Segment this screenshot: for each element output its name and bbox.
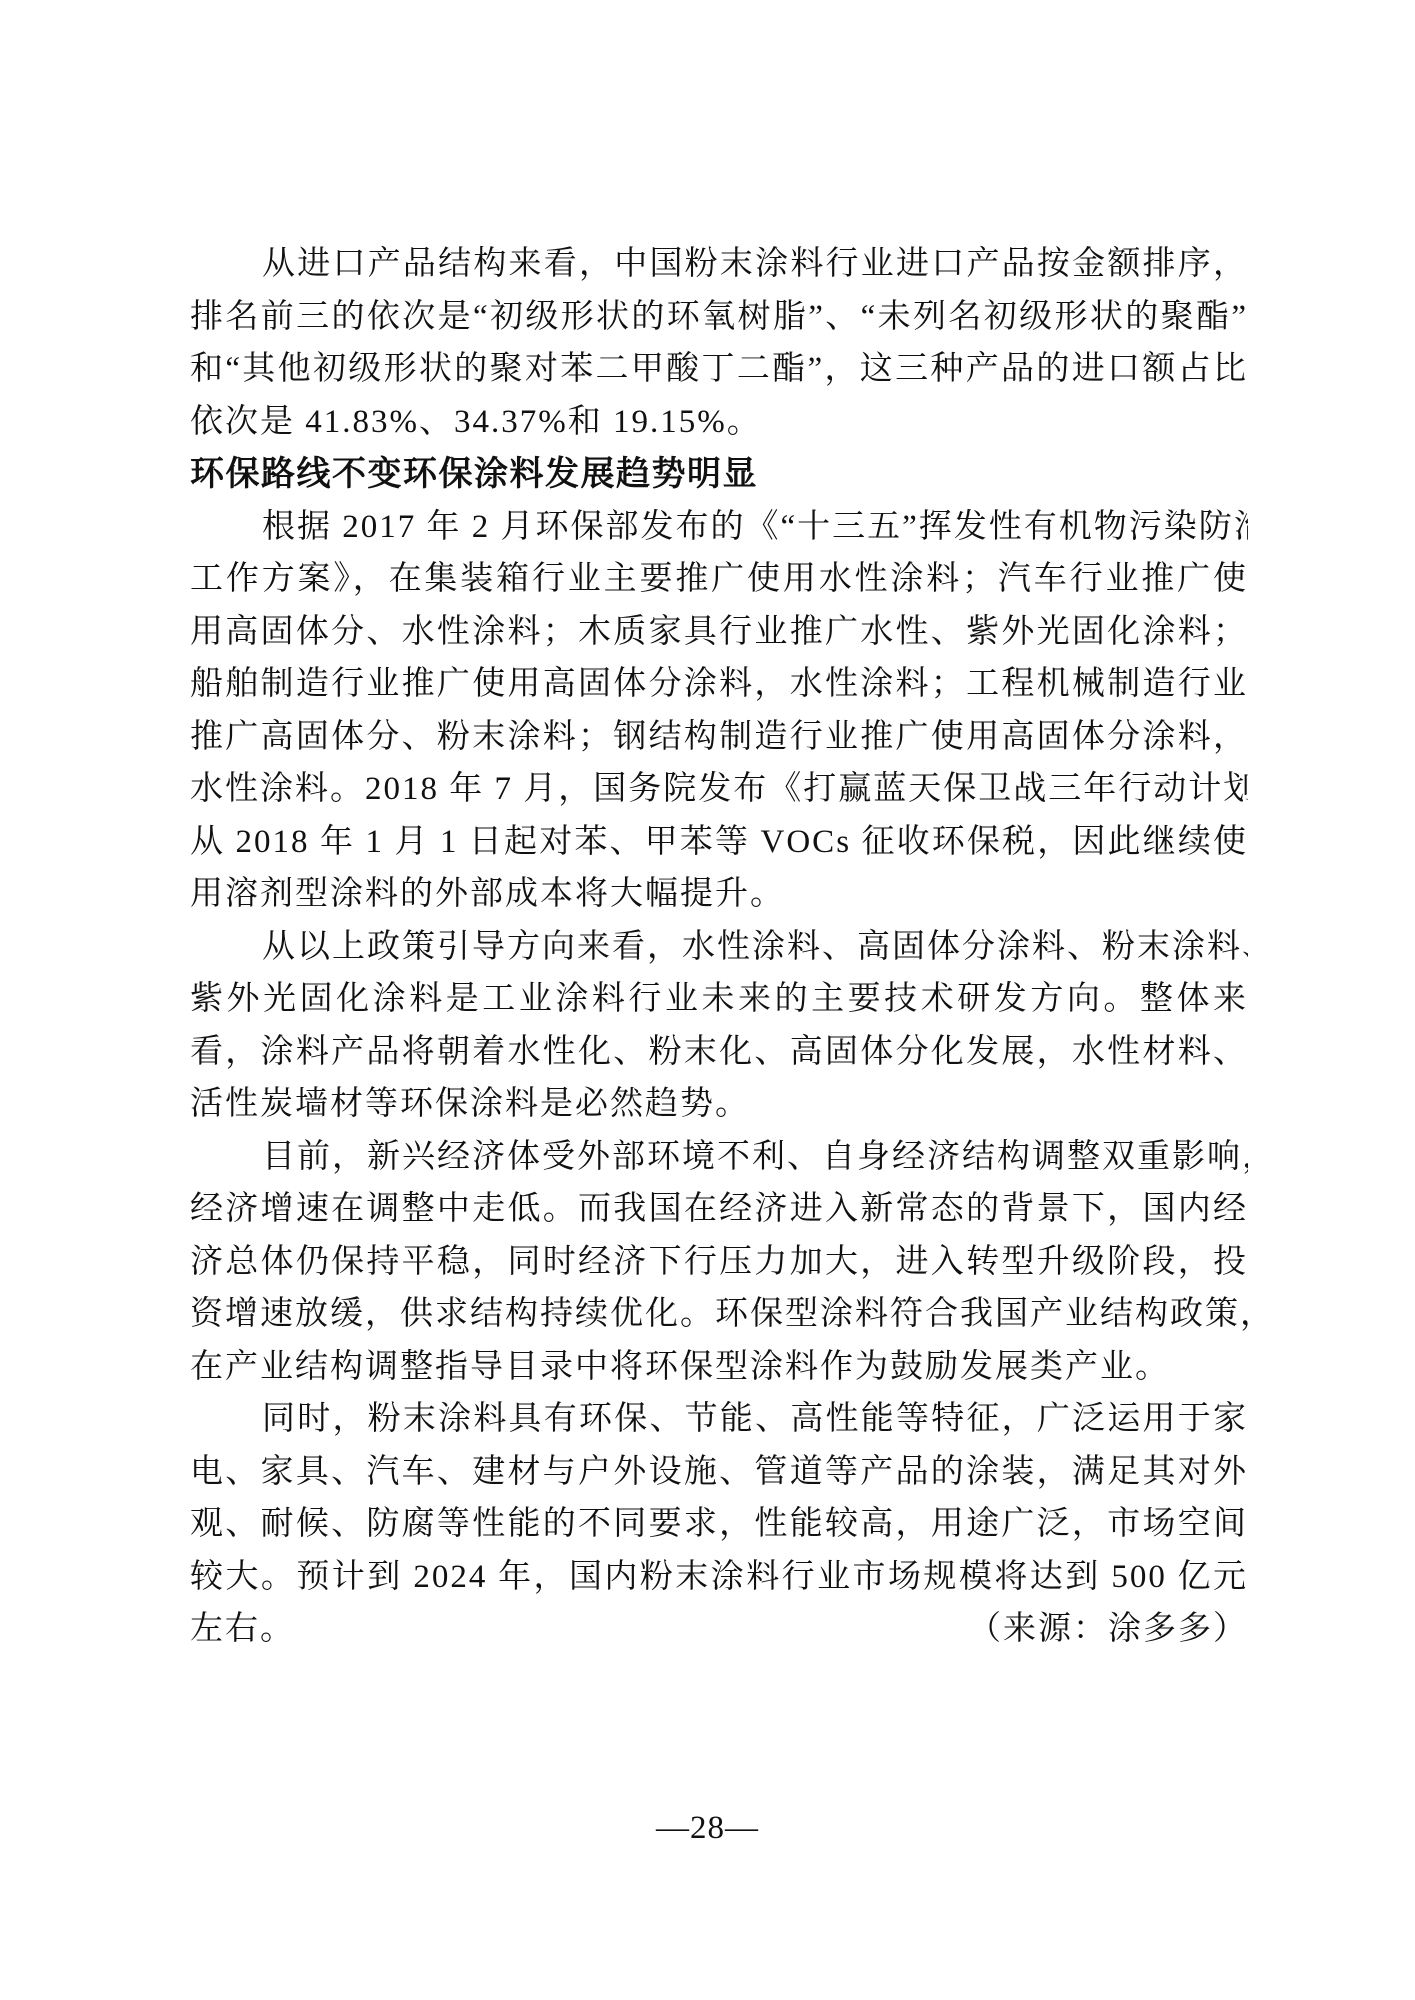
text-line: 水性涂料。2018 年 7 月，国务院发布《打赢蓝天保卫战三年行动计划》， — [190, 763, 1248, 816]
paragraph-rd-direction: 从以上政策引导方向来看，水性涂料、高固体分涂料、粉末涂料、 紫外光固化涂料是工业… — [190, 921, 1248, 1131]
paragraph-economy: 目前，新兴经济体受外部环境不利、自身经济结构调整双重影响， 经济增速在调整中走低… — [190, 1131, 1248, 1394]
text-line: 从进口产品结构来看，中国粉末涂料行业进口产品按金额排序， — [190, 238, 1248, 291]
text-line: 较大。预计到 2024 年，国内粉末涂料行业市场规模将达到 500 亿元 — [190, 1551, 1248, 1604]
page-number: —28— — [0, 1802, 1415, 1855]
text-line: 资增速放缓，供求结构持续优化。环保型涂料符合我国产业结构政策， — [190, 1288, 1248, 1341]
text-line: 推广高固体分、粉末涂料；钢结构制造行业推广使用高固体分涂料， — [190, 711, 1248, 764]
text-line: 从以上政策引导方向来看，水性涂料、高固体分涂料、粉末涂料、 — [190, 921, 1248, 974]
source-attribution: （来源：涂多多） — [968, 1603, 1248, 1656]
final-line-with-source: 左右。 （来源：涂多多） — [190, 1603, 1248, 1656]
text-line: 用高固体分、水性涂料；木质家具行业推广水性、紫外光固化涂料； — [190, 606, 1248, 659]
text-line: 在产业结构调整指导目录中将环保型涂料作为鼓励发展类产业。 — [190, 1341, 1248, 1394]
text-line: 根据 2017 年 2 月环保部发布的《“十三五”挥发性有机物污染防治 — [190, 501, 1248, 554]
text-line: 和“其他初级形状的聚对苯二甲酸丁二酯”，这三种产品的进口额占比 — [190, 343, 1248, 396]
text-line: 紫外光固化涂料是工业涂料行业未来的主要技术研发方向。整体来 — [190, 973, 1248, 1026]
paragraph-market-outlook: 同时，粉末涂料具有环保、节能、高性能等特征，广泛运用于家 电、家具、汽车、建材与… — [190, 1393, 1248, 1656]
text-line: 观、耐候、防腐等性能的不同要求，性能较高，用途广泛，市场空间 — [190, 1498, 1248, 1551]
text-line: 济总体仍保持平稳，同时经济下行压力加大，进入转型升级阶段，投 — [190, 1236, 1248, 1289]
paragraph-import-structure: 从进口产品结构来看，中国粉末涂料行业进口产品按金额排序， 排名前三的依次是“初级… — [190, 238, 1248, 448]
text-line: 用溶剂型涂料的外部成本将大幅提升。 — [190, 868, 1248, 921]
text-line: 看，涂料产品将朝着水性化、粉末化、高固体分化发展，水性材料、 — [190, 1026, 1248, 1079]
text-line: 电、家具、汽车、建材与户外设施、管道等产品的涂装，满足其对外 — [190, 1446, 1248, 1499]
text-line: 工作方案》，在集装箱行业主要推广使用水性涂料；汽车行业推广使 — [190, 553, 1248, 606]
text-line: 活性炭墙材等环保涂料是必然趋势。 — [190, 1078, 1248, 1131]
paragraph-policy-plan: 根据 2017 年 2 月环保部发布的《“十三五”挥发性有机物污染防治 工作方案… — [190, 501, 1248, 921]
text-line: 从 2018 年 1 月 1 日起对苯、甲苯等 VOCs 征收环保税，因此继续使 — [190, 816, 1248, 869]
text-line: 目前，新兴经济体受外部环境不利、自身经济结构调整双重影响， — [190, 1131, 1248, 1184]
text-line: 排名前三的依次是“初级形状的环氧树脂”、“未列名初级形状的聚酯” — [190, 291, 1248, 344]
text-line: 同时，粉末涂料具有环保、节能、高性能等特征，广泛运用于家 — [190, 1393, 1248, 1446]
page-text-block: 从进口产品结构来看，中国粉末涂料行业进口产品按金额排序， 排名前三的依次是“初级… — [190, 238, 1248, 1656]
document-page: { "page": { "paragraph_1": { "lines": [ … — [0, 0, 1415, 2000]
text-line: 左右。 — [190, 1603, 295, 1656]
text-line: 依次是 41.83%、34.37%和 19.15%。 — [190, 396, 1248, 449]
text-line: 经济增速在调整中走低。而我国在经济进入新常态的背景下，国内经 — [190, 1183, 1248, 1236]
section-heading: 环保路线不变环保涂料发展趋势明显 — [190, 448, 1248, 501]
text-line: 船舶制造行业推广使用高固体分涂料，水性涂料；工程机械制造行业 — [190, 658, 1248, 711]
